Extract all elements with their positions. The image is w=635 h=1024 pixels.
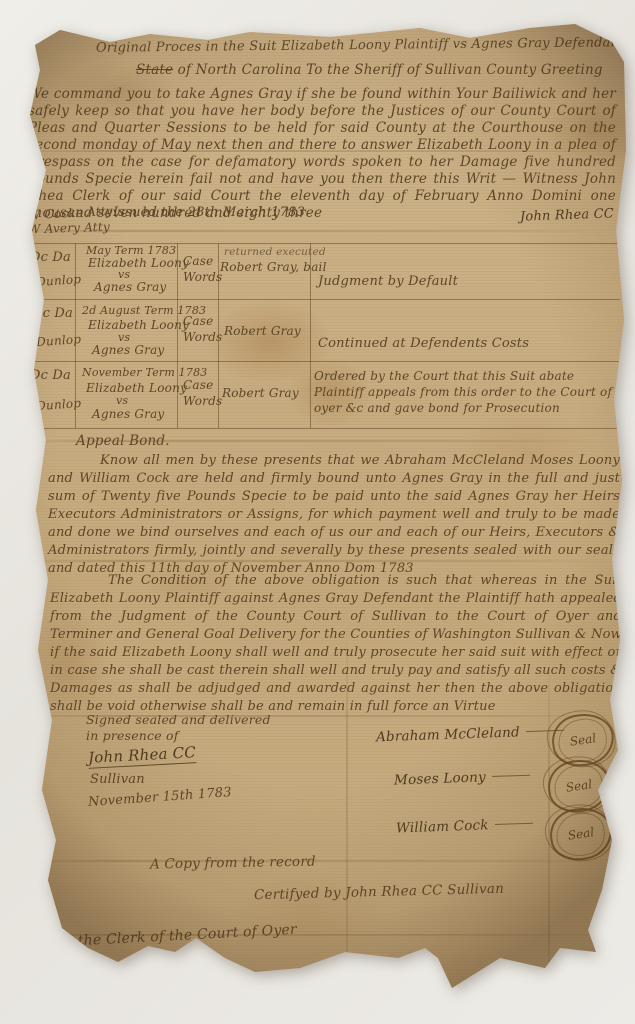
docket-action2: Words (183, 330, 222, 344)
docket-defendant: Agnes Gray (92, 407, 164, 421)
table-rule-vertical (177, 243, 178, 428)
docket-defendant: Agnes Gray (94, 280, 166, 294)
seal-text: Seal (569, 731, 597, 749)
issued-line: Issued the 28th March 1783 (113, 205, 305, 220)
signature-dash (492, 774, 530, 776)
signer-name: Abraham McCleland (376, 723, 569, 746)
signature-dash (495, 822, 533, 824)
case-caption: Original Proces in the Suit Elizabeth Lo… (96, 35, 625, 56)
docket-attorney: L Dunlop (24, 396, 82, 414)
docket-bail: Robert Gray (222, 386, 299, 400)
bond-text: Know all men by these presents that we A… (48, 452, 620, 578)
paper-shadow: Original Proces in the Suit Elizabeth Lo… (8, 22, 626, 990)
docket-plaintiff: Elizabeth Loony (88, 318, 189, 332)
manuscript-paper: Original Proces in the Suit Elizabeth Lo… (8, 22, 626, 990)
seal-text: Seal (565, 777, 593, 795)
writ-text: We command you to take Agnes Gray if she… (28, 86, 616, 222)
docket-plaintiff: Elizabeth Loony (88, 256, 189, 270)
witness-county: Sullivan (90, 772, 145, 787)
docket-outcome: Continued at Defendents Costs (318, 336, 529, 351)
docket-bail: Robert Gray (224, 324, 301, 338)
docket-defendant: Agnes Gray (92, 343, 164, 357)
scanned-document: Original Proces in the Suit Elizabeth Lo… (0, 0, 635, 1024)
docket-clerk-marks: Dc Da (30, 250, 71, 265)
docket-action2: Words (183, 394, 222, 408)
docket-action: Case (183, 378, 213, 392)
signer-name-text: William Cock (396, 817, 489, 836)
copy-line: A Copy from the record (150, 854, 316, 873)
signer-name-text: Moses Loony (394, 769, 486, 788)
docket-action: Case (183, 314, 213, 328)
docket-versus: vs (116, 394, 128, 407)
docket-bail: Robert Gray, bail (220, 260, 327, 274)
witness-line1: Signed sealed and delivered (86, 712, 271, 727)
signer-name: William Cock (396, 816, 538, 837)
signer-name: Moses Loony (394, 768, 535, 789)
docket-clerk-marks: Dc Da (32, 306, 73, 321)
table-rule (25, 299, 620, 300)
clerk-address-line: To the Clerk of the Court of Oyer (56, 922, 298, 951)
wax-seal-scribble: Seal (547, 804, 616, 864)
appeal-bond-heading: Appeal Bond. (76, 433, 170, 449)
docket-action2: Words (183, 270, 222, 284)
docket-action: Case (183, 254, 213, 268)
table-rule (25, 361, 620, 362)
docket-outcome: Ordered by the Court that this Suit abat… (314, 368, 614, 416)
witness-line2: in presence of (86, 728, 179, 743)
witness-date: November 15th 1783 (88, 785, 233, 810)
witness-signature: John Rhea CC (88, 743, 197, 767)
seal-text: Seal (567, 825, 595, 843)
docket-attorney: L Dunlop (24, 272, 82, 290)
condition-text: The Condition of the above obligation is… (50, 572, 622, 716)
docket-attorney: L Dunlop (24, 332, 82, 350)
address-rest: of North Carolina To the Sheriff of Sull… (178, 62, 603, 78)
certified-line: Certifyed by John Rhea CC Sullivan (254, 881, 504, 904)
signer-name-text: Abraham McCleland (376, 724, 520, 745)
docket-clerk-marks: Dc Da (30, 368, 71, 383)
docket-plaintiff: Elizabeth Loony (86, 381, 187, 395)
witness-signature-text: John Rhea CC (88, 743, 197, 769)
address-line: State of North Carolina To the Sheriff o… (136, 62, 603, 78)
docket-outcome: Judgment by Default (318, 274, 458, 289)
docket-return-note: returned executed (224, 246, 326, 258)
table-rule (25, 428, 620, 429)
struck-word: State (136, 62, 173, 78)
attorney-defendant: W Avery Atty (28, 220, 110, 237)
